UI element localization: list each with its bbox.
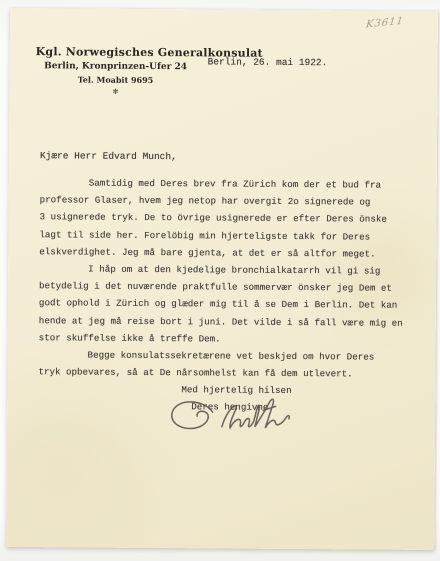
letterhead-telephone: Tel. Moabit 9695: [35, 74, 195, 85]
archive-pencil-annotation: K3611: [365, 16, 404, 31]
letterhead: Kgl. Norwegisches Generalkonsulat Berlin…: [35, 45, 195, 96]
dateline: Berlin, 26. mai 1922.: [208, 56, 328, 68]
body-text: Samtidig med Deres brev fra Zürich kom d…: [38, 174, 419, 383]
letter-paper: K3611 Kgl. Norwegisches Generalkonsulat …: [6, 8, 438, 550]
body-line: 3 usignerede tryk. De to övrige usignere…: [39, 209, 419, 229]
salutation: Kjære Herr Edvard Munch,: [40, 150, 177, 162]
body-line: godt ophold i Zürich og glæder mig til å…: [39, 295, 419, 315]
letterhead-consulate-name: Kgl. Norwegisches Generalkonsulat: [36, 45, 196, 59]
handwritten-signature: [165, 395, 325, 448]
letterhead-ornament-icon: ✻: [35, 87, 195, 96]
letterhead-address: Berlin, Kronprinzen-Ufer 24: [36, 61, 196, 72]
